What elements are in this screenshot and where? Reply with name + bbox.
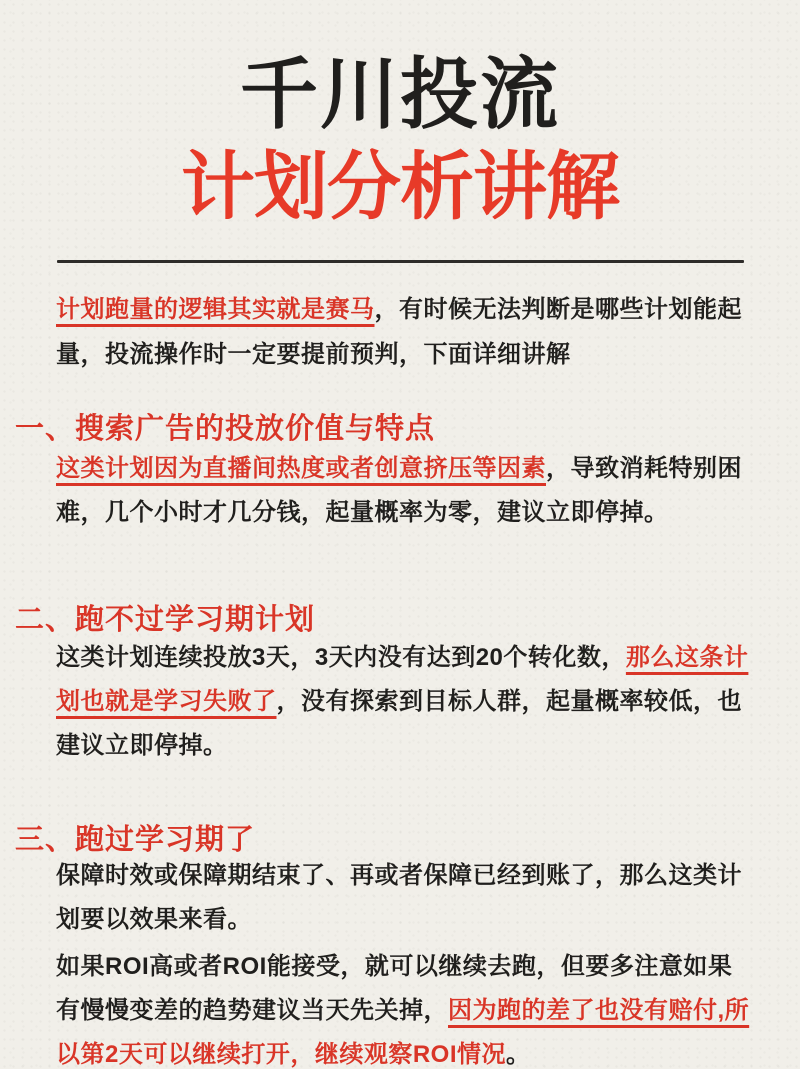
section-2-paragraph: 这类计划连续投放3天，3天内没有达到20个转化数，那么这条计划也就是学习失败了，…	[56, 636, 750, 768]
intro-paragraph: 计划跑量的逻辑其实就是赛马，有时候无法判断是哪些计划能起量，投流操作时一定要提前…	[56, 287, 750, 377]
section-3-paragraph-1: 保障时效或保障期结束了、再或者保障已经到账了，那么这类计划要以效果来看。	[56, 854, 750, 942]
section-1-title: 搜索广告的投放价值与特点	[75, 413, 435, 445]
section-1-paragraph: 这类计划因为直播间热度或者创意挤压等因素，导致消耗特别困难，几个小时才几分钱，起…	[56, 447, 750, 535]
section-1-highlight-text: 这类计划因为直播间热度或者创意挤压等因素	[56, 455, 546, 482]
page-title-primary: 千川投流	[0, 46, 800, 142]
section-2-heading: 二、跑不过学习期计划	[15, 603, 775, 637]
divider-line	[57, 260, 744, 263]
page-title-secondary: 计划分析讲解	[0, 140, 800, 234]
section-1-heading: 一、搜索广告的投放价值与特点	[15, 412, 775, 446]
section-2-number: 二、	[15, 603, 75, 637]
section-3-paragraph-2-plain-text-2: 。	[506, 1041, 531, 1068]
section-3-heading: 三、跑过学习期了	[15, 823, 775, 857]
section-2-title: 跑不过学习期计划	[75, 604, 315, 636]
section-3-paragraph-2: 如果ROI高或者ROI能接受，就可以继续去跑，但要多注意如果有慢慢变差的趋势建议…	[56, 945, 750, 1069]
section-3-plain-text: 保障时效或保障期结束了、再或者保障已经到账了，那么这类计划要以效果来看。	[56, 862, 742, 933]
section-1-number: 一、	[15, 412, 75, 446]
section-2-plain-text-1: 这类计划连续投放3天，3天内没有达到20个转化数，	[56, 644, 626, 671]
section-3-number: 三、	[15, 823, 75, 857]
intro-highlight-text: 计划跑量的逻辑其实就是赛马	[56, 296, 375, 323]
poster-page: 千川投流 计划分析讲解 计划跑量的逻辑其实就是赛马，有时候无法判断是哪些计划能起…	[0, 0, 800, 1069]
section-3-title: 跑过学习期了	[75, 824, 255, 856]
